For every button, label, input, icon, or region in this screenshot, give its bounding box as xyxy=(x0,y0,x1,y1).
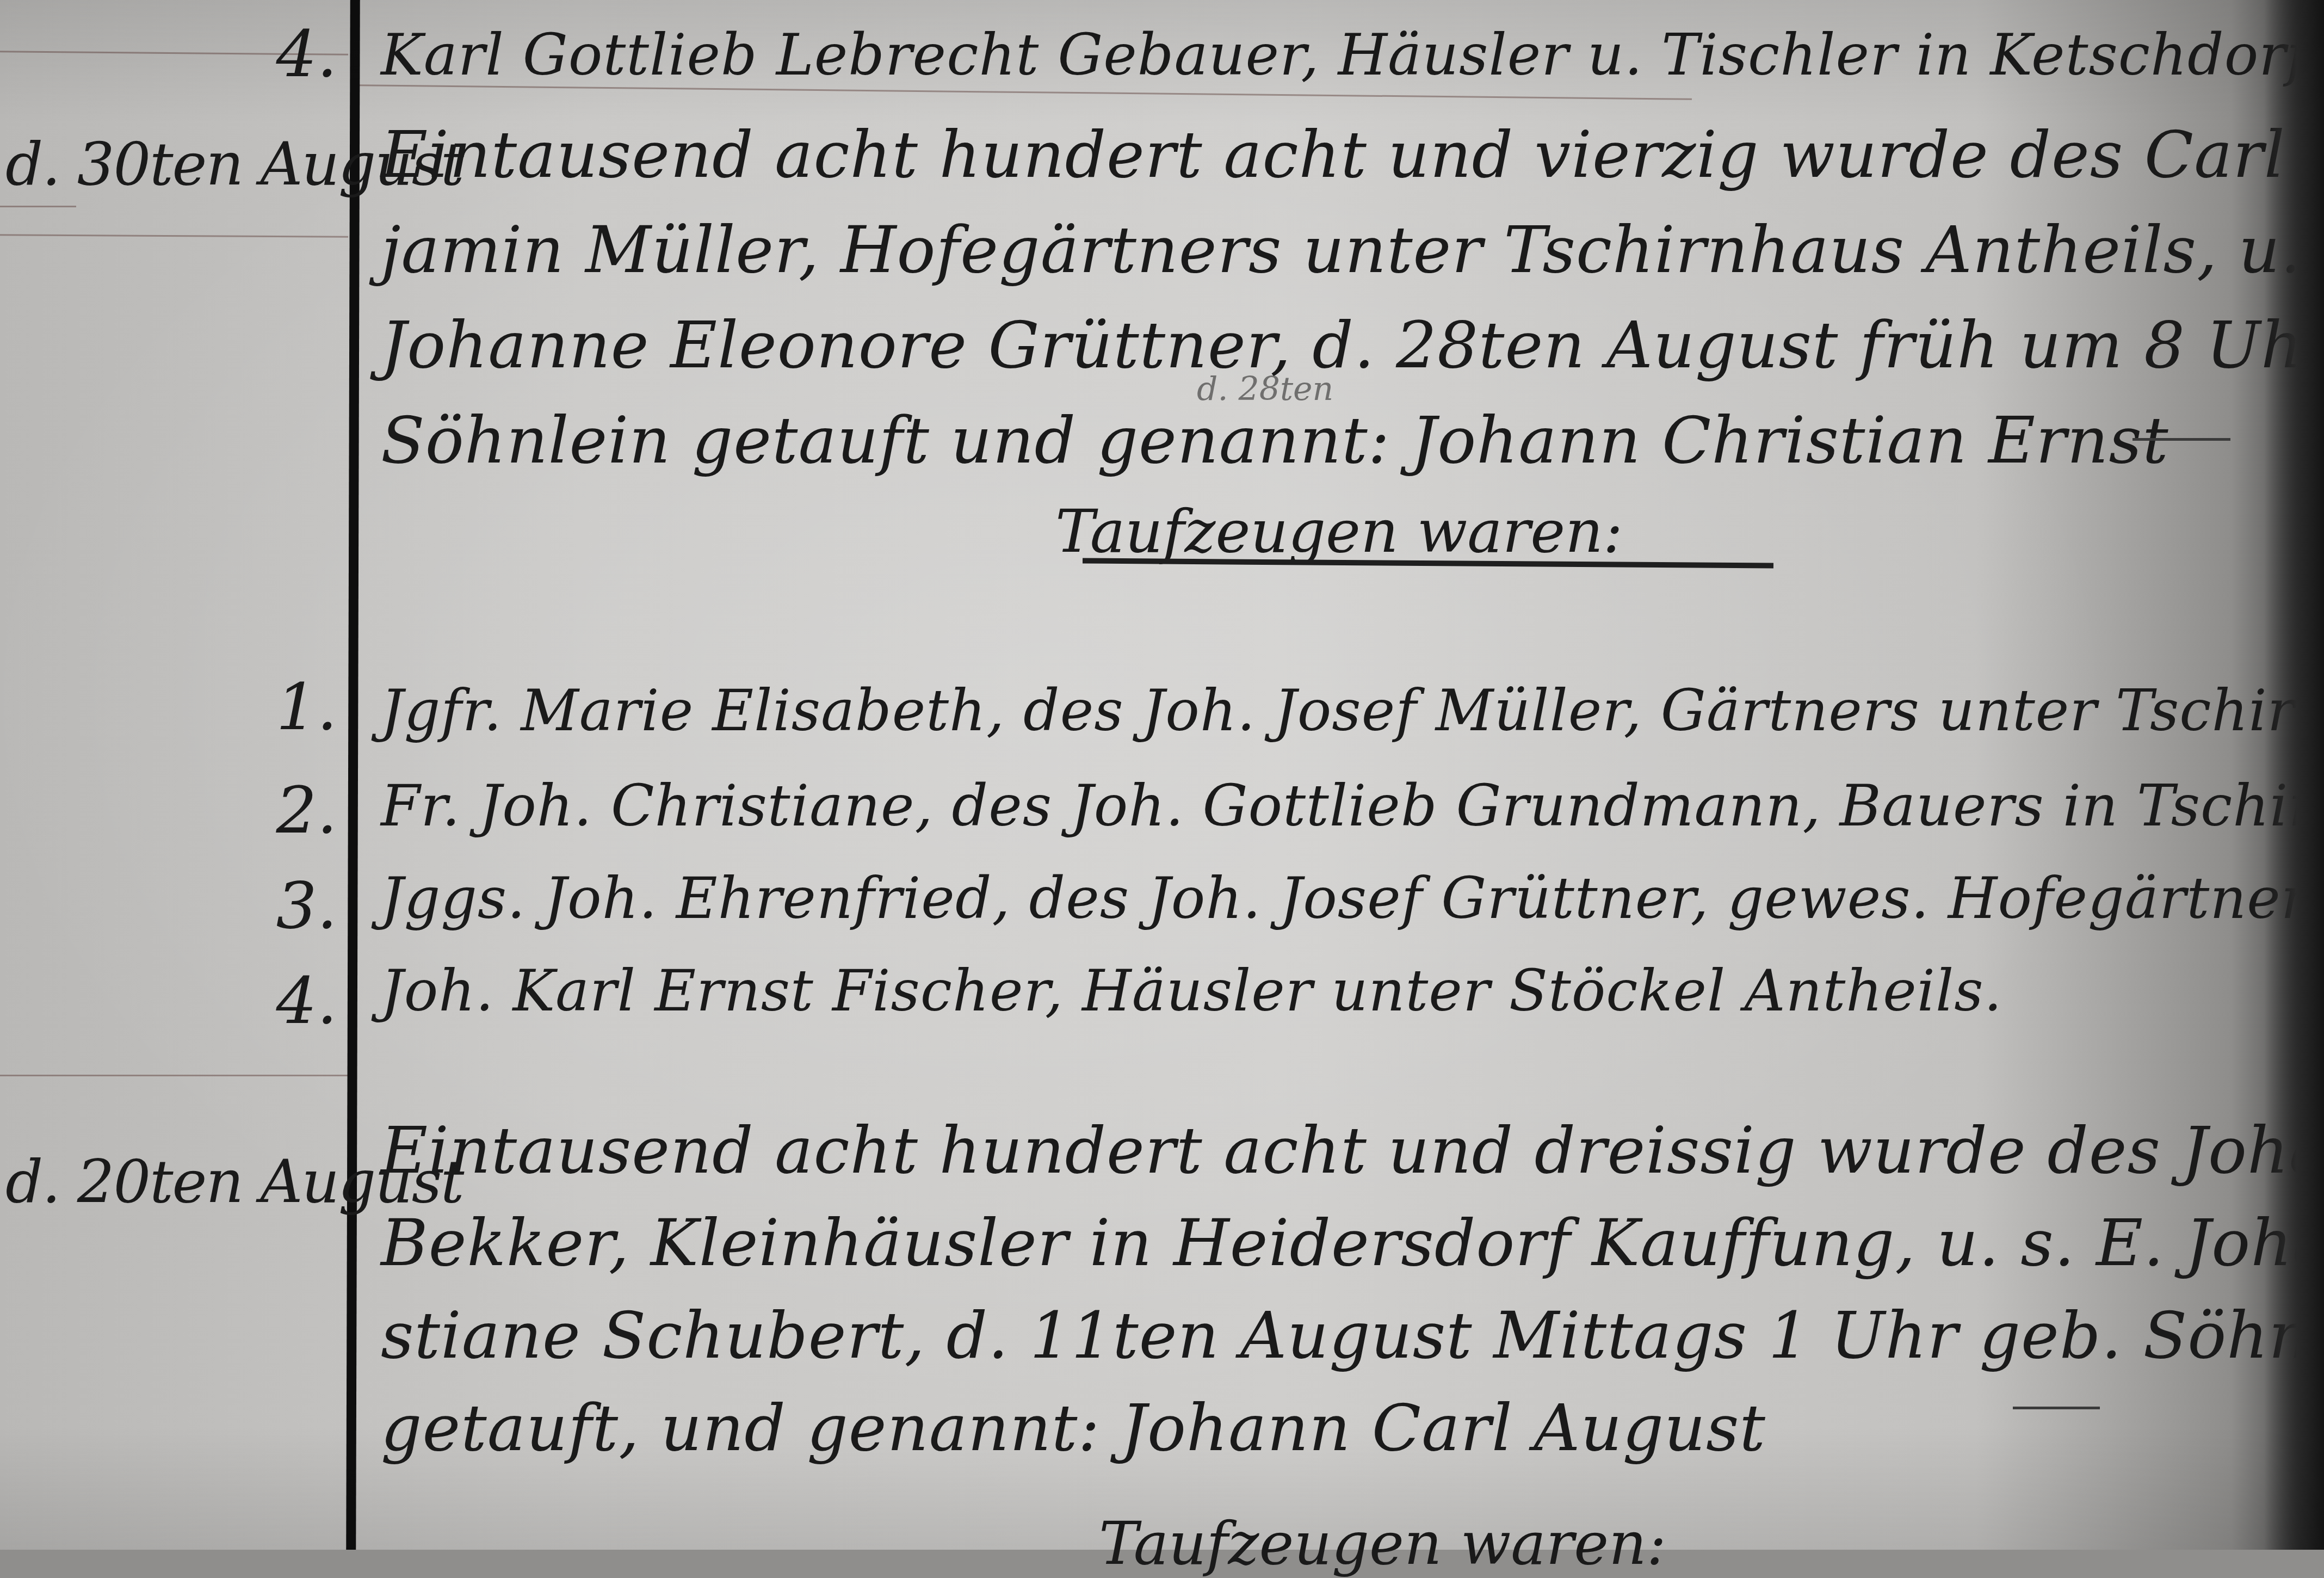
entry2-line-3: stiane Schubert, d. 11ten August Mittags… xyxy=(381,1298,2324,1373)
godparent-1: Jgfr. Marie Elisabeth, des Joh. Josef Mü… xyxy=(381,677,2324,744)
godparent-3-number: 3. xyxy=(267,868,337,943)
godparent-3: Jggs. Joh. Ehrenfried, des Joh. Josef Gr… xyxy=(381,865,2324,932)
line-end-dash xyxy=(2133,438,2230,441)
godparent-4: Joh. Karl Ernst Fischer, Häusler unter S… xyxy=(381,958,2002,1024)
entry1-line-3: Johanne Eleonore Grüttner, d. 28ten Augu… xyxy=(381,307,2324,383)
entry2-line-4: getauft, und genannt: Johann Carl August xyxy=(381,1390,1766,1465)
godparent-2-number: 2. xyxy=(267,773,337,848)
godparent-1-number: 1. xyxy=(267,669,337,744)
godparent-4-number: 4. xyxy=(267,963,337,1038)
entry2-line-2: Bekker, Kleinhäusler in Heidersdorf Kauf… xyxy=(381,1205,2324,1280)
line-end-dash xyxy=(2013,1407,2100,1409)
entry2-line-1: Eintausend acht hundert acht und dreissi… xyxy=(381,1113,2324,1188)
entry1-line-4: Söhnlein getauft und genannt: Johann Chr… xyxy=(381,403,2169,478)
register-page: d. 30ten August d. 20ten August 4. Karl … xyxy=(0,0,2324,1550)
godparent-2: Fr. Joh. Christiane, des Joh. Gottlieb G… xyxy=(381,773,2324,839)
margin-column-rule xyxy=(346,0,360,1550)
page-edge xyxy=(2264,0,2324,1550)
entry1-line-1: Eintausend acht hundert acht und vierzig… xyxy=(381,117,2324,192)
godparents-heading: Taufzeugen waren: xyxy=(1055,498,1623,566)
top-fragment-number: 4. xyxy=(267,16,337,91)
top-fragment-line: Karl Gottlieb Lebrecht Gebauer, Häusler … xyxy=(381,22,2324,88)
entry1-line-2: jamin Müller, Hofegärtners unter Tschirn… xyxy=(381,212,2324,287)
entry2-godparents-heading: Taufzeugen waren: xyxy=(1099,1510,1666,1550)
